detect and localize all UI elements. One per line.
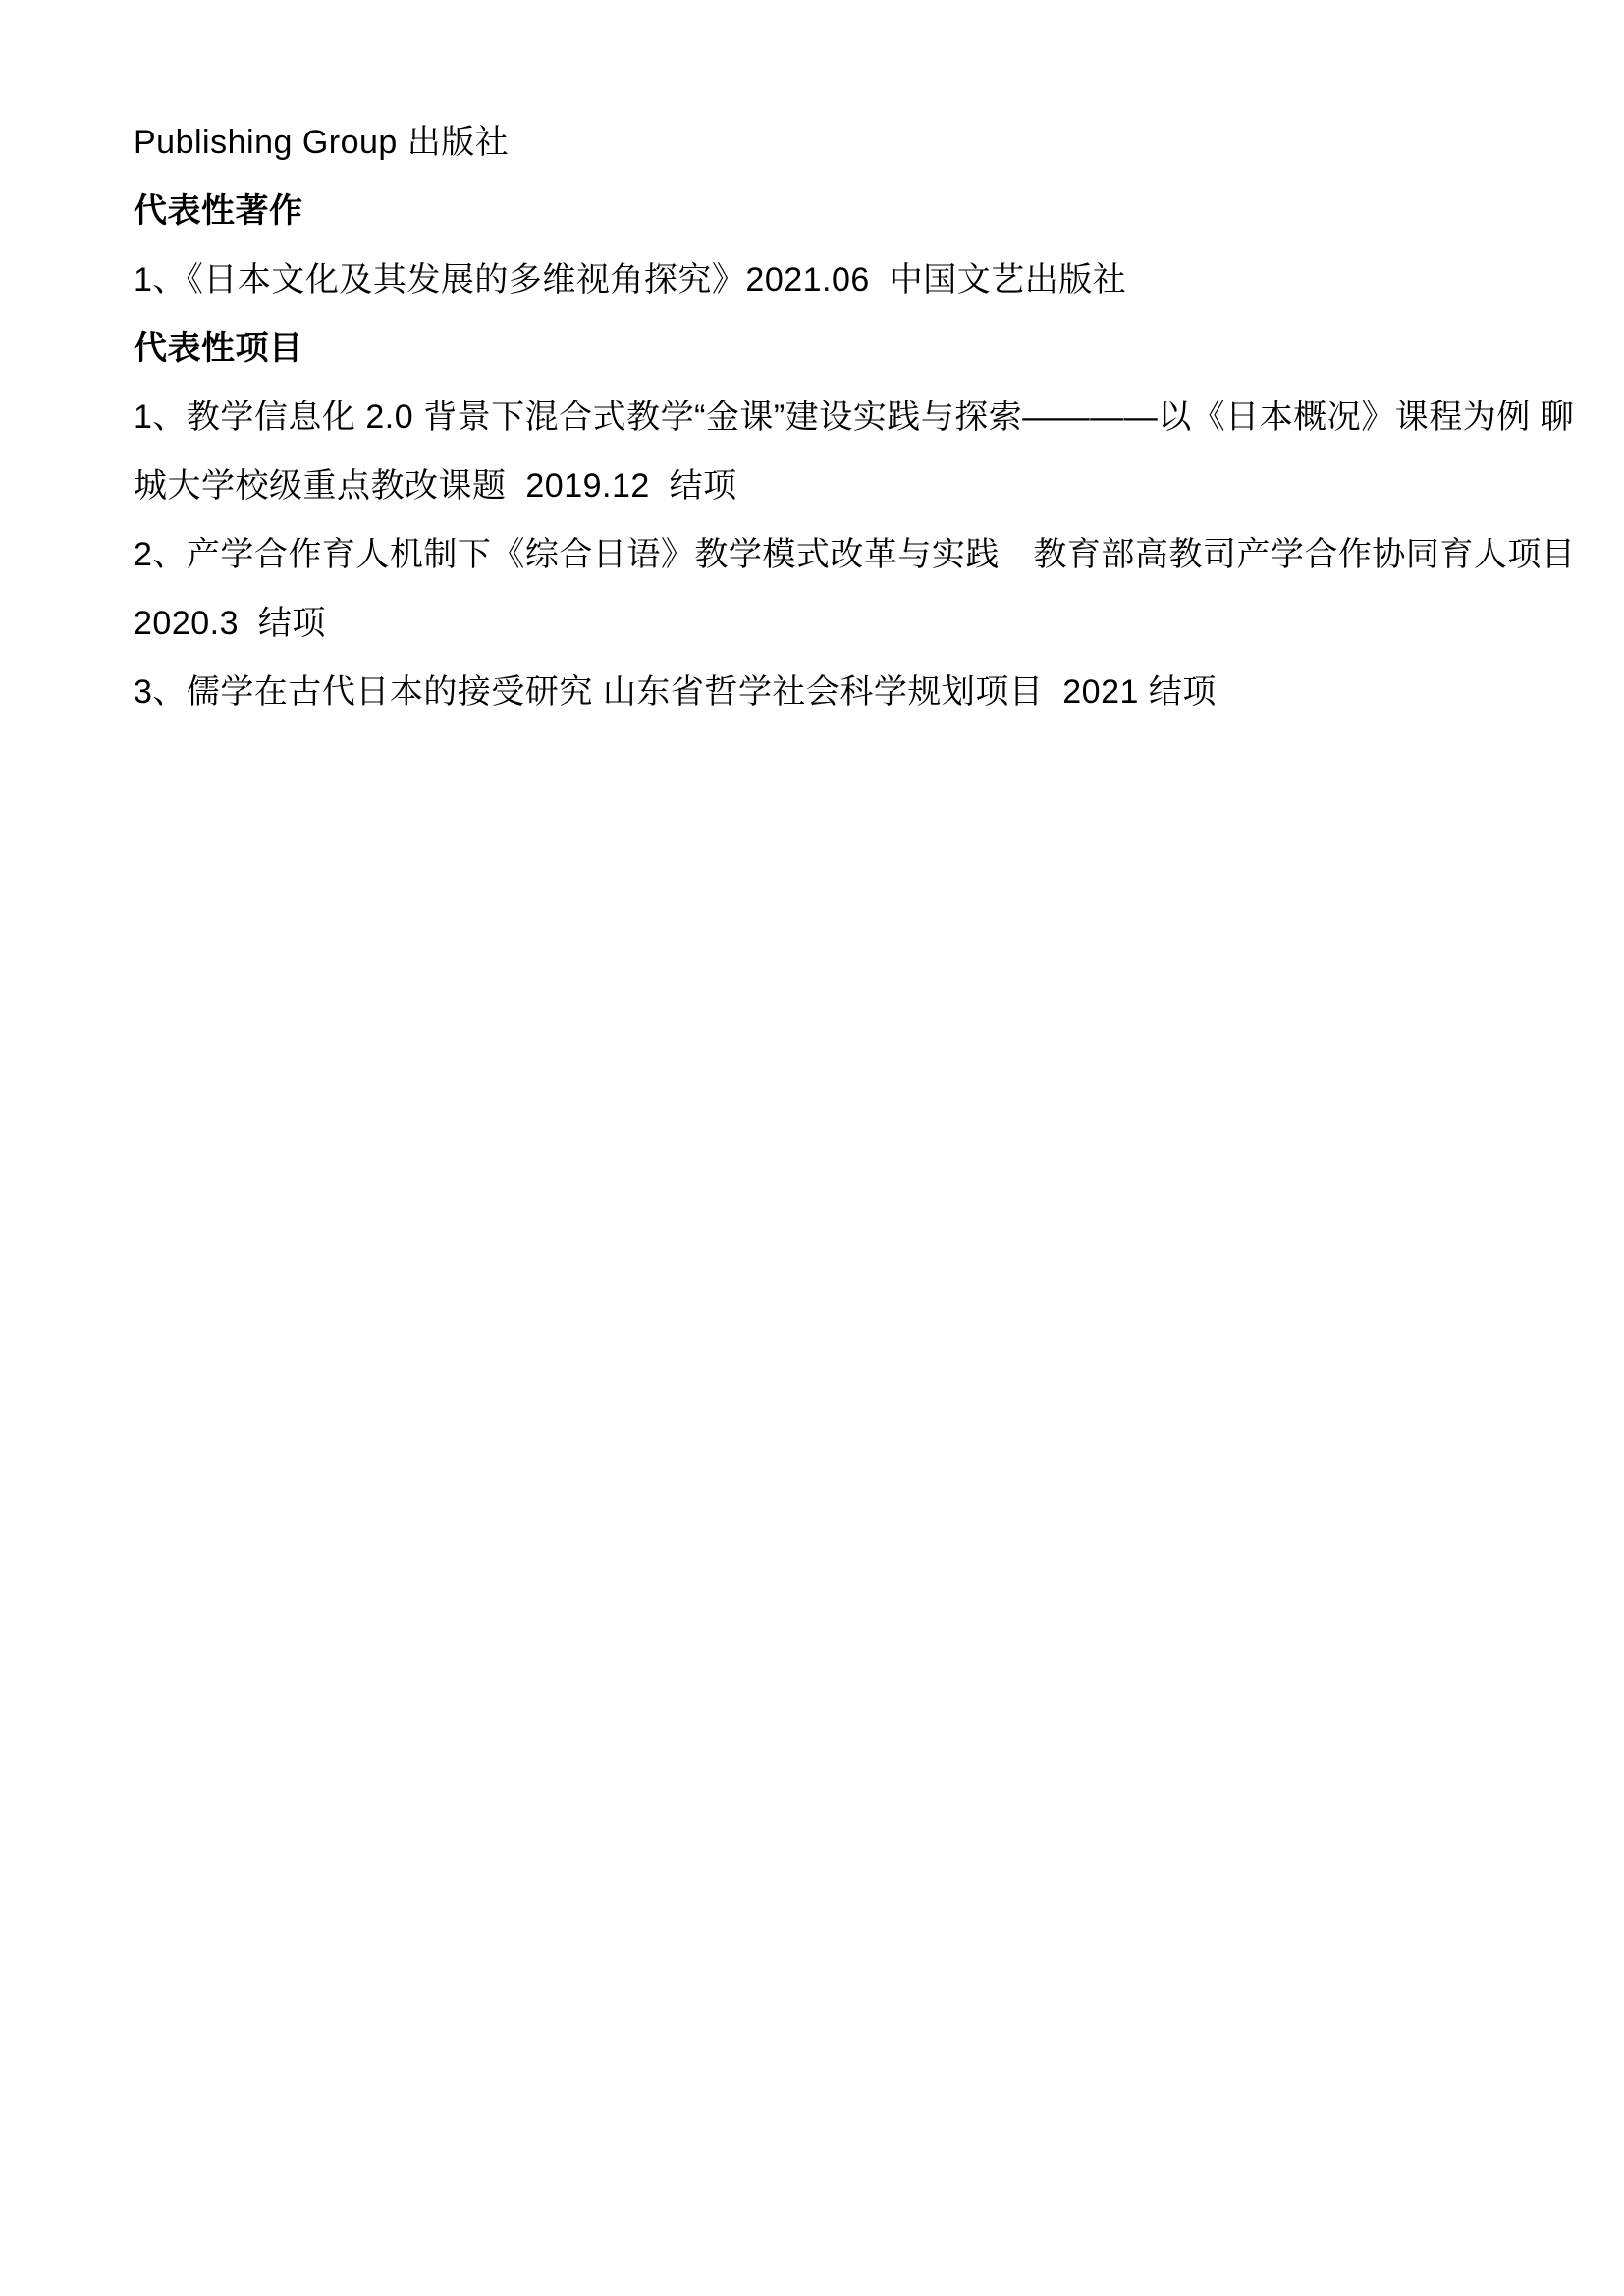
document-body: Publishing Group 出版社 代表性著作 1、《日本文化及其发展的多… <box>134 108 1508 726</box>
project-item-2-line-1: 2、产学合作育人机制下《综合日语》教学模式改革与实践 教育部高教司产学合作协同育… <box>134 520 1508 589</box>
project-item-1-line-2: 城大学校级重点教改课题 2019.12 结项 <box>134 452 1508 520</box>
section-heading-representative-projects: 代表性项目 <box>134 314 1508 383</box>
work-item-1: 1、《日本文化及其发展的多维视角探究》2021.06 中国文艺出版社 <box>134 245 1508 314</box>
section-heading-representative-works: 代表性著作 <box>134 177 1508 245</box>
project-item-1-line-1: 1、教学信息化 2.0 背景下混合式教学“金课”建设实践与探索————以《日本概… <box>134 383 1508 452</box>
project-item-2-line-2: 2020.3 结项 <box>134 589 1508 658</box>
project-item-3: 3、儒学在古代日本的接受研究 山东省哲学社会科学规划项目 2021 结项 <box>134 658 1508 726</box>
publisher-continuation-line: Publishing Group 出版社 <box>134 108 1508 177</box>
document-page: Publishing Group 出版社 代表性著作 1、《日本文化及其发展的多… <box>0 0 1624 2296</box>
